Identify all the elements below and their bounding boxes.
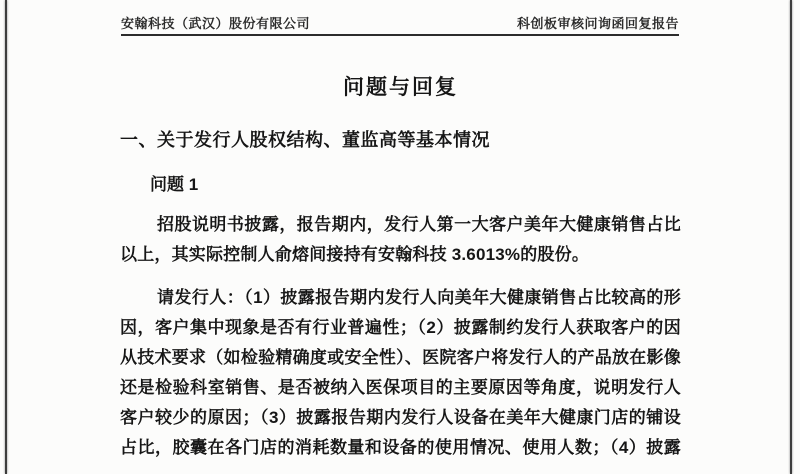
paragraph-disclosure: 招股说明书披露，报告期内，发行人第一大客户美年大健康销售占比 70%以上，其实际…	[120, 210, 681, 270]
text-line: 客户较少的原因；（3）披露报告期内发行人设备在美年大健康门店的铺设分部、	[120, 403, 681, 433]
document-page: 安翰科技（武汉）股份有限公司 科创板审核问询函回复报告 问题与回复 一、关于发行…	[0, 0, 800, 474]
scan-edge-left	[5, 0, 7, 474]
main-title: 问题与回复	[120, 75, 681, 101]
text-line: 请发行人：（1）披露报告期内发行人向美年大健康销售占比较高的形成原	[120, 283, 681, 313]
text-line: 还是检验科室销售、是否被纳入医保项目的主要原因等角度，说明发行人医院	[120, 373, 681, 403]
paragraph-request: 请发行人：（1）披露报告期内发行人向美年大健康销售占比较高的形成原因，客户集中现…	[120, 283, 681, 463]
page-header: 安翰科技（武汉）股份有限公司 科创板审核问询函回复报告	[121, 15, 679, 32]
text-line: 从技术要求（如检验精确度或安全性）、医院客户将发行人的产品放在影像科室	[120, 343, 681, 373]
text-line: 占比，胶囊在各门店的消耗数量和设备的使用情况、使用人数；（4）披露发行	[120, 433, 681, 463]
header-company-name: 安翰科技（武汉）股份有限公司	[121, 15, 310, 32]
question-label: 问题 1	[150, 173, 198, 197]
scan-edge-right	[790, 0, 792, 474]
text-line: 因，客户集中现象是否有行业普遍性；（2）披露制约发行人获取客户的因素；	[120, 313, 681, 343]
text-line: 招股说明书披露，报告期内，发行人第一大客户美年大健康销售占比 70%	[120, 210, 681, 240]
text-line: 以上，其实际控制人俞熔间接持有安翰科技 3.6013%的股份。	[120, 240, 681, 270]
header-rule	[121, 34, 679, 36]
section-heading: 一、关于发行人股权结构、董监高等基本情况	[120, 128, 681, 152]
header-report-title: 科创板审核问询函回复报告	[517, 15, 679, 32]
